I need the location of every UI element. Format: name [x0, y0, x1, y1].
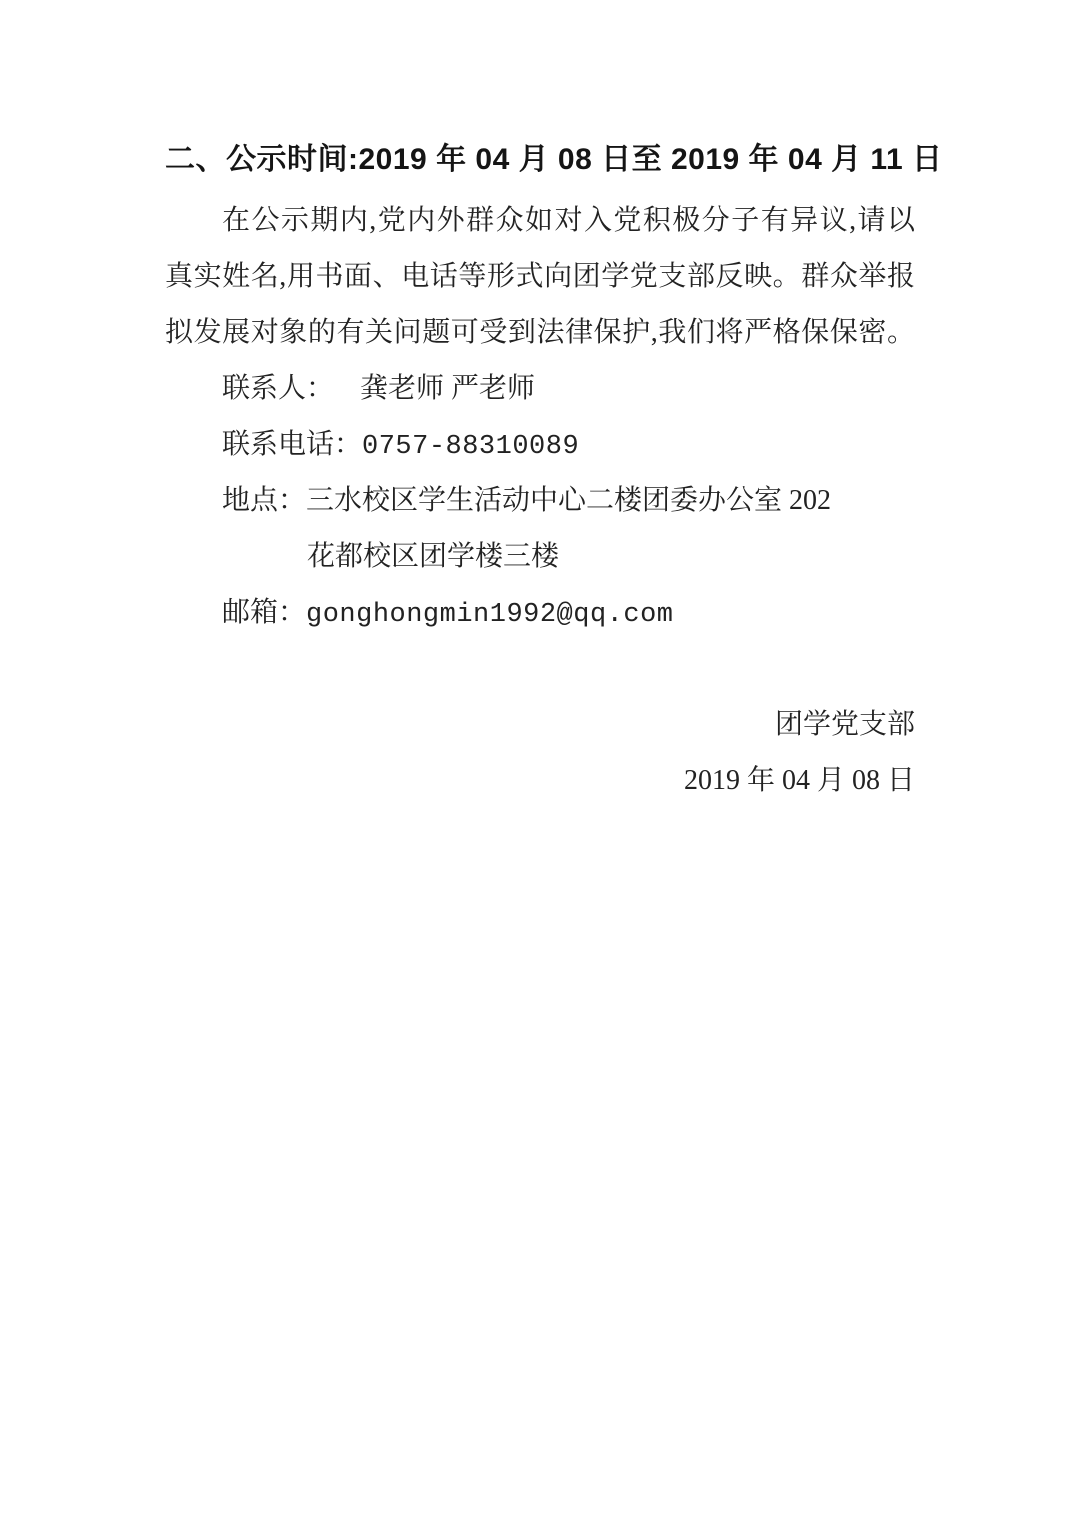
document-page: 二、公示时间:2019 年 04 月 08 日至 2019 年 04 月 11 …	[0, 0, 1079, 1527]
email-label: 邮箱：	[222, 597, 306, 628]
paragraph-line-3: 拟发展对象的有关问题可受到法律保护,我们将严格保保密。	[165, 305, 915, 361]
email-row: 邮箱：gonghongmin1992@qq.com	[165, 585, 915, 641]
email-value: gonghongmin1992@qq.com	[306, 600, 673, 630]
document-content: 二、公示时间:2019 年 04 月 08 日至 2019 年 04 月 11 …	[165, 127, 915, 809]
paragraph-line-2: 真实姓名,用书面、电话等形式向团学党支部反映。群众举报	[165, 249, 915, 305]
signature-org: 团学党支部	[165, 697, 915, 753]
contact-phone-label: 联系电话：	[222, 429, 362, 460]
contact-person-value: 龚老师 严老师	[360, 373, 535, 404]
contact-phone-row: 联系电话：0757-88310089	[165, 417, 915, 473]
location-row: 地点：三水校区学生活动中心二楼团委办公室 202	[165, 473, 915, 529]
contact-person-row: 联系人：龚老师 严老师	[165, 361, 915, 417]
signature-date: 2019 年 04 月 08 日	[165, 753, 915, 809]
blank-spacer	[165, 641, 915, 697]
location-label: 地点：	[222, 485, 306, 516]
paragraph-line-1: 在公示期内,党内外群众如对入党积极分子有异议,请以	[165, 193, 915, 249]
contact-person-label: 联系人：	[222, 373, 334, 404]
contact-phone-value: 0757-88310089	[362, 432, 579, 462]
location-row-2: 花都校区团学楼三楼	[165, 529, 915, 585]
location-value: 三水校区学生活动中心二楼团委办公室 202	[306, 485, 831, 516]
section-heading-publicity-period: 二、公示时间:2019 年 04 月 08 日至 2019 年 04 月 11 …	[165, 127, 915, 193]
